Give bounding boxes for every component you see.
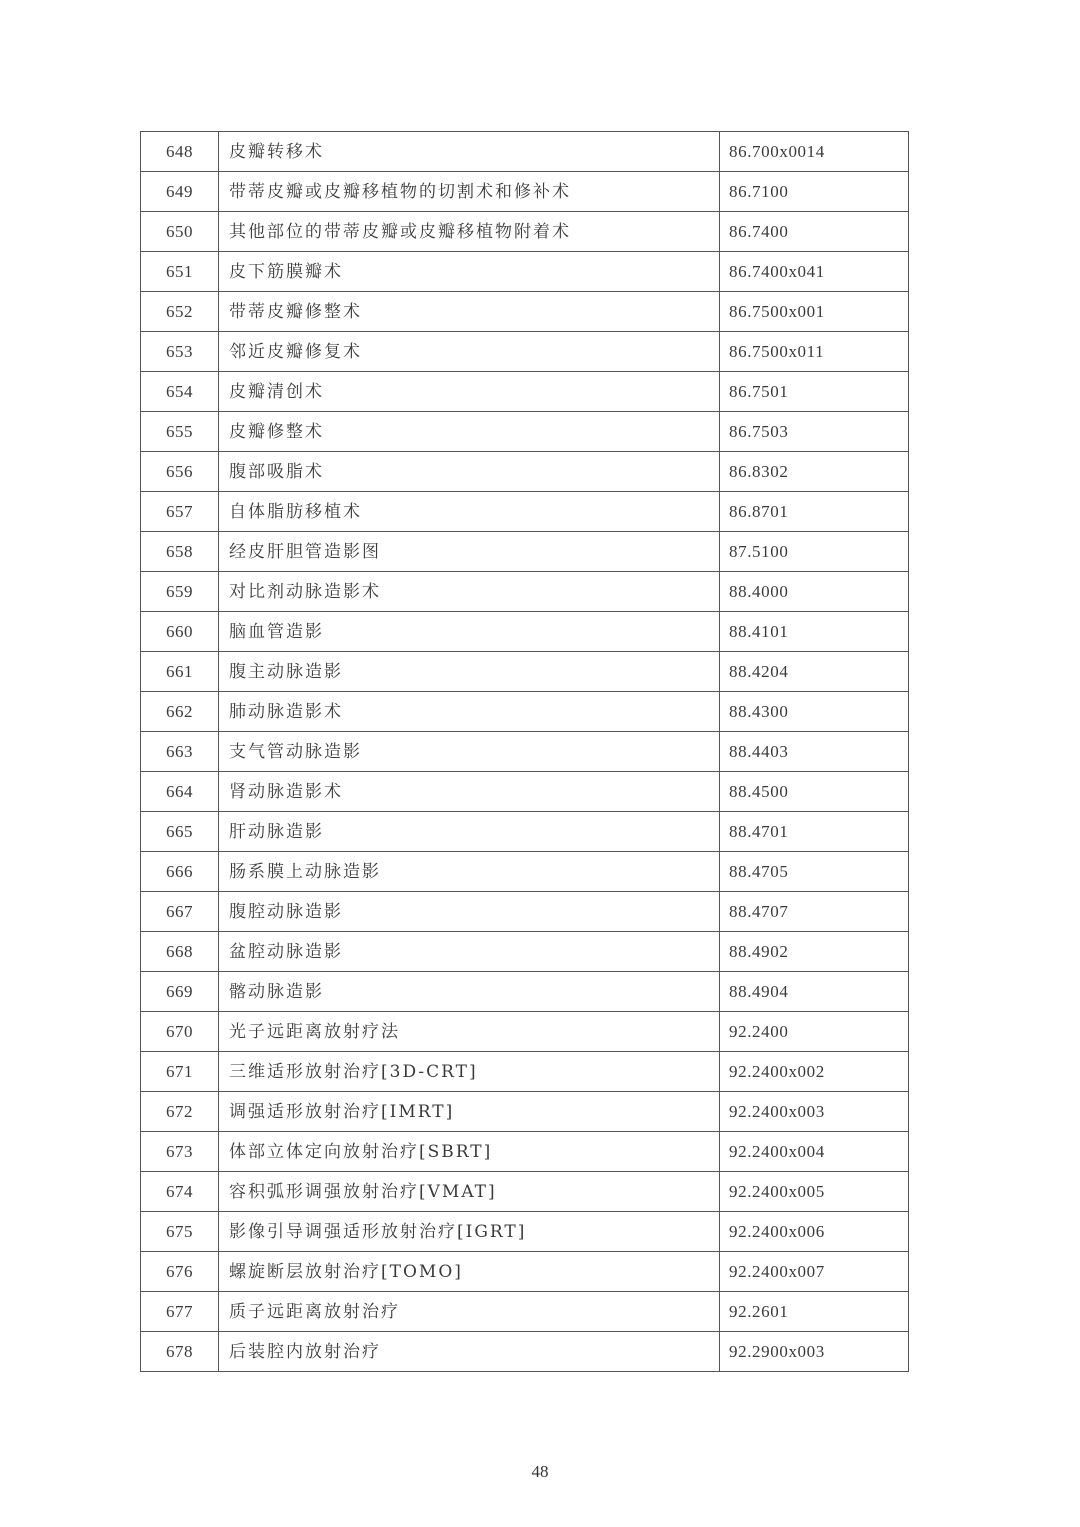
row-number-cell: 677 <box>141 1292 219 1332</box>
table-row: 676螺旋断层放射治疗[TOMO]92.2400x007 <box>141 1252 909 1292</box>
procedure-name-cell: 皮下筋膜瓣术 <box>219 252 720 292</box>
row-number-cell: 659 <box>141 572 219 612</box>
row-number-cell: 670 <box>141 1012 219 1052</box>
table-row: 673体部立体定向放射治疗[SBRT]92.2400x004 <box>141 1132 909 1172</box>
procedure-name-cell: 邻近皮瓣修复术 <box>219 332 720 372</box>
table-row: 669髂动脉造影88.4904 <box>141 972 909 1012</box>
table-row: 671三维适形放射治疗[3D-CRT]92.2400x002 <box>141 1052 909 1092</box>
table-row: 672调强适形放射治疗[IMRT]92.2400x003 <box>141 1092 909 1132</box>
procedure-code-cell: 86.7100 <box>720 172 909 212</box>
document-page: 648皮瓣转移术86.700x0014649带蒂皮瓣或皮瓣移植物的切割术和修补术… <box>0 0 1080 1527</box>
procedure-code-cell: 88.4000 <box>720 572 909 612</box>
row-number-cell: 655 <box>141 412 219 452</box>
table-row: 664肾动脉造影术88.4500 <box>141 772 909 812</box>
table-row: 662肺动脉造影术88.4300 <box>141 692 909 732</box>
procedure-name-cell: 皮瓣转移术 <box>219 132 720 172</box>
table-row: 650其他部位的带蒂皮瓣或皮瓣移植物附着术86.7400 <box>141 212 909 252</box>
procedure-name-cell: 调强适形放射治疗[IMRT] <box>219 1092 720 1132</box>
row-number-cell: 667 <box>141 892 219 932</box>
table-row: 654皮瓣清创术86.7501 <box>141 372 909 412</box>
procedure-name-cell: 腹部吸脂术 <box>219 452 720 492</box>
procedure-code-cell: 92.2400x004 <box>720 1132 909 1172</box>
table-row: 655皮瓣修整术86.7503 <box>141 412 909 452</box>
procedure-code-cell: 86.8302 <box>720 452 909 492</box>
row-number-cell: 650 <box>141 212 219 252</box>
procedure-name-cell: 对比剂动脉造影术 <box>219 572 720 612</box>
table-row: 670光子远距离放射疗法92.2400 <box>141 1012 909 1052</box>
procedure-name-cell: 螺旋断层放射治疗[TOMO] <box>219 1252 720 1292</box>
procedure-name-cell: 质子远距离放射治疗 <box>219 1292 720 1332</box>
procedure-name-cell: 带蒂皮瓣或皮瓣移植物的切割术和修补术 <box>219 172 720 212</box>
procedure-name-cell: 肾动脉造影术 <box>219 772 720 812</box>
procedure-code-cell: 92.2900x003 <box>720 1332 909 1372</box>
row-number-cell: 666 <box>141 852 219 892</box>
row-number-cell: 654 <box>141 372 219 412</box>
procedure-name-cell: 皮瓣清创术 <box>219 372 720 412</box>
procedure-code-cell: 88.4705 <box>720 852 909 892</box>
row-number-cell: 669 <box>141 972 219 1012</box>
row-number-cell: 651 <box>141 252 219 292</box>
procedure-name-cell: 后装腔内放射治疗 <box>219 1332 720 1372</box>
table-row: 667腹腔动脉造影88.4707 <box>141 892 909 932</box>
table-row: 665肝动脉造影88.4701 <box>141 812 909 852</box>
procedure-code-cell: 86.7500x011 <box>720 332 909 372</box>
procedure-code-cell: 86.7503 <box>720 412 909 452</box>
procedure-name-cell: 肺动脉造影术 <box>219 692 720 732</box>
row-number-cell: 671 <box>141 1052 219 1092</box>
procedure-code-cell: 87.5100 <box>720 532 909 572</box>
row-number-cell: 676 <box>141 1252 219 1292</box>
procedure-name-cell: 三维适形放射治疗[3D-CRT] <box>219 1052 720 1092</box>
procedure-name-cell: 脑血管造影 <box>219 612 720 652</box>
procedure-code-cell: 86.8701 <box>720 492 909 532</box>
row-number-cell: 657 <box>141 492 219 532</box>
table-row: 660脑血管造影88.4101 <box>141 612 909 652</box>
table-row: 657自体脂肪移植术86.8701 <box>141 492 909 532</box>
procedure-name-cell: 腹腔动脉造影 <box>219 892 720 932</box>
table-row: 661腹主动脉造影88.4204 <box>141 652 909 692</box>
procedure-code-cell: 88.4101 <box>720 612 909 652</box>
row-number-cell: 674 <box>141 1172 219 1212</box>
procedure-code-cell: 86.7500x001 <box>720 292 909 332</box>
table-row: 656腹部吸脂术86.8302 <box>141 452 909 492</box>
row-number-cell: 663 <box>141 732 219 772</box>
procedure-code-cell: 86.700x0014 <box>720 132 909 172</box>
row-number-cell: 668 <box>141 932 219 972</box>
procedure-code-cell: 86.7501 <box>720 372 909 412</box>
procedure-code-cell: 88.4707 <box>720 892 909 932</box>
row-number-cell: 656 <box>141 452 219 492</box>
table-row: 678后装腔内放射治疗92.2900x003 <box>141 1332 909 1372</box>
procedure-code-cell: 92.2400x003 <box>720 1092 909 1132</box>
procedure-name-cell: 带蒂皮瓣修整术 <box>219 292 720 332</box>
procedure-code-cell: 86.7400 <box>720 212 909 252</box>
page-number: 48 <box>0 1462 1080 1482</box>
table-row: 666肠系膜上动脉造影88.4705 <box>141 852 909 892</box>
procedure-name-cell: 肝动脉造影 <box>219 812 720 852</box>
procedure-name-cell: 光子远距离放射疗法 <box>219 1012 720 1052</box>
table-row: 677质子远距离放射治疗92.2601 <box>141 1292 909 1332</box>
procedure-name-cell: 其他部位的带蒂皮瓣或皮瓣移植物附着术 <box>219 212 720 252</box>
row-number-cell: 653 <box>141 332 219 372</box>
row-number-cell: 665 <box>141 812 219 852</box>
procedure-code-cell: 92.2601 <box>720 1292 909 1332</box>
table-row: 663支气管动脉造影88.4403 <box>141 732 909 772</box>
procedure-code-cell: 92.2400x006 <box>720 1212 909 1252</box>
procedure-code-cell: 88.4204 <box>720 652 909 692</box>
table-row: 668盆腔动脉造影88.4902 <box>141 932 909 972</box>
procedure-code-cell: 88.4403 <box>720 732 909 772</box>
procedure-code-cell: 92.2400x002 <box>720 1052 909 1092</box>
table-row: 675影像引导调强适形放射治疗[IGRT]92.2400x006 <box>141 1212 909 1252</box>
procedure-code-cell: 88.4904 <box>720 972 909 1012</box>
procedure-code-cell: 92.2400x005 <box>720 1172 909 1212</box>
row-number-cell: 649 <box>141 172 219 212</box>
procedure-name-cell: 盆腔动脉造影 <box>219 932 720 972</box>
row-number-cell: 652 <box>141 292 219 332</box>
procedure-code-cell: 92.2400x007 <box>720 1252 909 1292</box>
procedure-table: 648皮瓣转移术86.700x0014649带蒂皮瓣或皮瓣移植物的切割术和修补术… <box>140 131 909 1372</box>
procedure-code-cell: 88.4500 <box>720 772 909 812</box>
procedure-code-cell: 88.4902 <box>720 932 909 972</box>
row-number-cell: 658 <box>141 532 219 572</box>
procedure-code-cell: 86.7400x041 <box>720 252 909 292</box>
row-number-cell: 673 <box>141 1132 219 1172</box>
row-number-cell: 675 <box>141 1212 219 1252</box>
procedure-name-cell: 肠系膜上动脉造影 <box>219 852 720 892</box>
table-row: 674容积弧形调强放射治疗[VMAT]92.2400x005 <box>141 1172 909 1212</box>
procedure-name-cell: 支气管动脉造影 <box>219 732 720 772</box>
row-number-cell: 661 <box>141 652 219 692</box>
row-number-cell: 672 <box>141 1092 219 1132</box>
procedure-name-cell: 腹主动脉造影 <box>219 652 720 692</box>
table-row: 651皮下筋膜瓣术86.7400x041 <box>141 252 909 292</box>
row-number-cell: 660 <box>141 612 219 652</box>
table-row: 649带蒂皮瓣或皮瓣移植物的切割术和修补术86.7100 <box>141 172 909 212</box>
procedure-name-cell: 影像引导调强适形放射治疗[IGRT] <box>219 1212 720 1252</box>
table-body: 648皮瓣转移术86.700x0014649带蒂皮瓣或皮瓣移植物的切割术和修补术… <box>141 132 909 1372</box>
row-number-cell: 664 <box>141 772 219 812</box>
table-row: 653邻近皮瓣修复术86.7500x011 <box>141 332 909 372</box>
procedure-name-cell: 经皮肝胆管造影图 <box>219 532 720 572</box>
procedure-code-cell: 92.2400 <box>720 1012 909 1052</box>
procedure-name-cell: 自体脂肪移植术 <box>219 492 720 532</box>
procedure-name-cell: 容积弧形调强放射治疗[VMAT] <box>219 1172 720 1212</box>
procedure-name-cell: 体部立体定向放射治疗[SBRT] <box>219 1132 720 1172</box>
row-number-cell: 648 <box>141 132 219 172</box>
table-row: 652带蒂皮瓣修整术86.7500x001 <box>141 292 909 332</box>
procedure-code-cell: 88.4300 <box>720 692 909 732</box>
procedure-name-cell: 皮瓣修整术 <box>219 412 720 452</box>
procedure-code-cell: 88.4701 <box>720 812 909 852</box>
procedure-name-cell: 髂动脉造影 <box>219 972 720 1012</box>
row-number-cell: 678 <box>141 1332 219 1372</box>
table-row: 648皮瓣转移术86.700x0014 <box>141 132 909 172</box>
row-number-cell: 662 <box>141 692 219 732</box>
table-row: 658经皮肝胆管造影图87.5100 <box>141 532 909 572</box>
table-row: 659对比剂动脉造影术88.4000 <box>141 572 909 612</box>
